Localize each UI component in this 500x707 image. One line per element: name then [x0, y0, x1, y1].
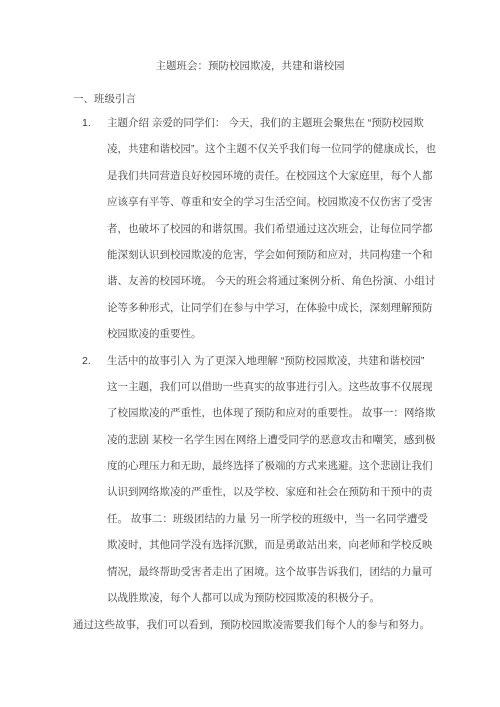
list-item-number: 1. [82, 110, 91, 136]
text-line: 生活中的故事引入 为了更深入地理解 “预防校园欺凌，共建和谐校园” [107, 348, 467, 374]
text-line: 以战胜欺凌，每个人都可以成为预防校园欺凌的积极分子。 [107, 585, 467, 611]
text-line: 能深刻认识到校园欺凌的危害，学会如何预防和应对，共同构建一个和 [107, 242, 467, 268]
list-item-number: 2. [82, 348, 91, 374]
closing-paragraph: 通过这些故事，我们可以看到，预防校园欺凌需要我们每个人的参与和努力。 [73, 612, 430, 638]
page-title: 主题班会：预防校园欺凌，共建和谐校园 [0, 56, 500, 76]
text-line: 这一主题，我们可以借助一些真实的故事进行引入。这些故事不仅展现 [107, 374, 467, 400]
text-line: 谐、友善的校园环境。 今天的班会将通过案例分析、角色扮演、小组讨 [107, 268, 467, 294]
list-item: 2.生活中的故事引入 为了更深入地理解 “预防校园欺凌，共建和谐校园”这一主题，… [107, 348, 467, 612]
text-line: 主题介绍 亲爱的同学们： 今天，我们的主题班会聚焦在 “预防校园欺 [107, 110, 467, 136]
text-line: 凌，共建和谐校园”。这个主题不仅关乎我们每一位同学的健康成长，也 [107, 136, 467, 162]
section-heading: 一、班级引言 [73, 89, 136, 109]
text-line: 校园欺凌的重要性。 [107, 321, 467, 347]
document-page: 主题班会：预防校园欺凌，共建和谐校园 一、班级引言 1.主题介绍 亲爱的同学们：… [0, 0, 500, 707]
text-line: 欺凌时，其他同学没有选择沉默，而是勇敢站出来，向老师和学校反映 [107, 532, 467, 558]
text-line: 任。 故事二：班级团结的力量 另一所学校的班级中，当一名同学遭受 [107, 506, 467, 532]
list-item: 1.主题介绍 亲爱的同学们： 今天，我们的主题班会聚焦在 “预防校园欺凌，共建和… [107, 110, 467, 348]
text-line: 是我们共同营造良好校园环境的责任。在校园这个大家庭里，每个人都 [107, 163, 467, 189]
text-line: 者，也破坏了校园的和谐氛围。我们希望通过这次班会，让每位同学都 [107, 216, 467, 242]
numbered-list: 1.主题介绍 亲爱的同学们： 今天，我们的主题班会聚焦在 “预防校园欺凌，共建和… [107, 110, 467, 611]
text-line: 论等多种形式，让同学们在参与中学习，在体验中成长，深刻理解预防 [107, 295, 467, 321]
text-line: 应该享有平等、尊重和安全的学习生活空间。校园欺凌不仅伤害了受害 [107, 189, 467, 215]
text-line: 情况，最终帮助受害者走出了困境。这个故事告诉我们，团结的力量可 [107, 559, 467, 585]
text-line: 认识到网络欺凌的严重性，以及学校、家庭和社会在预防和干预中的责 [107, 479, 467, 505]
text-line: 凌的悲剧 某校一名学生因在网络上遭受同学的恶意攻击和嘲笑，感到极 [107, 427, 467, 453]
text-line: 了校园欺凌的严重性，也体现了预防和应对的重要性。 故事一：网络欺 [107, 400, 467, 426]
text-line: 度的心理压力和无助，最终选择了极端的方式来逃避。这个悲剧让我们 [107, 453, 467, 479]
